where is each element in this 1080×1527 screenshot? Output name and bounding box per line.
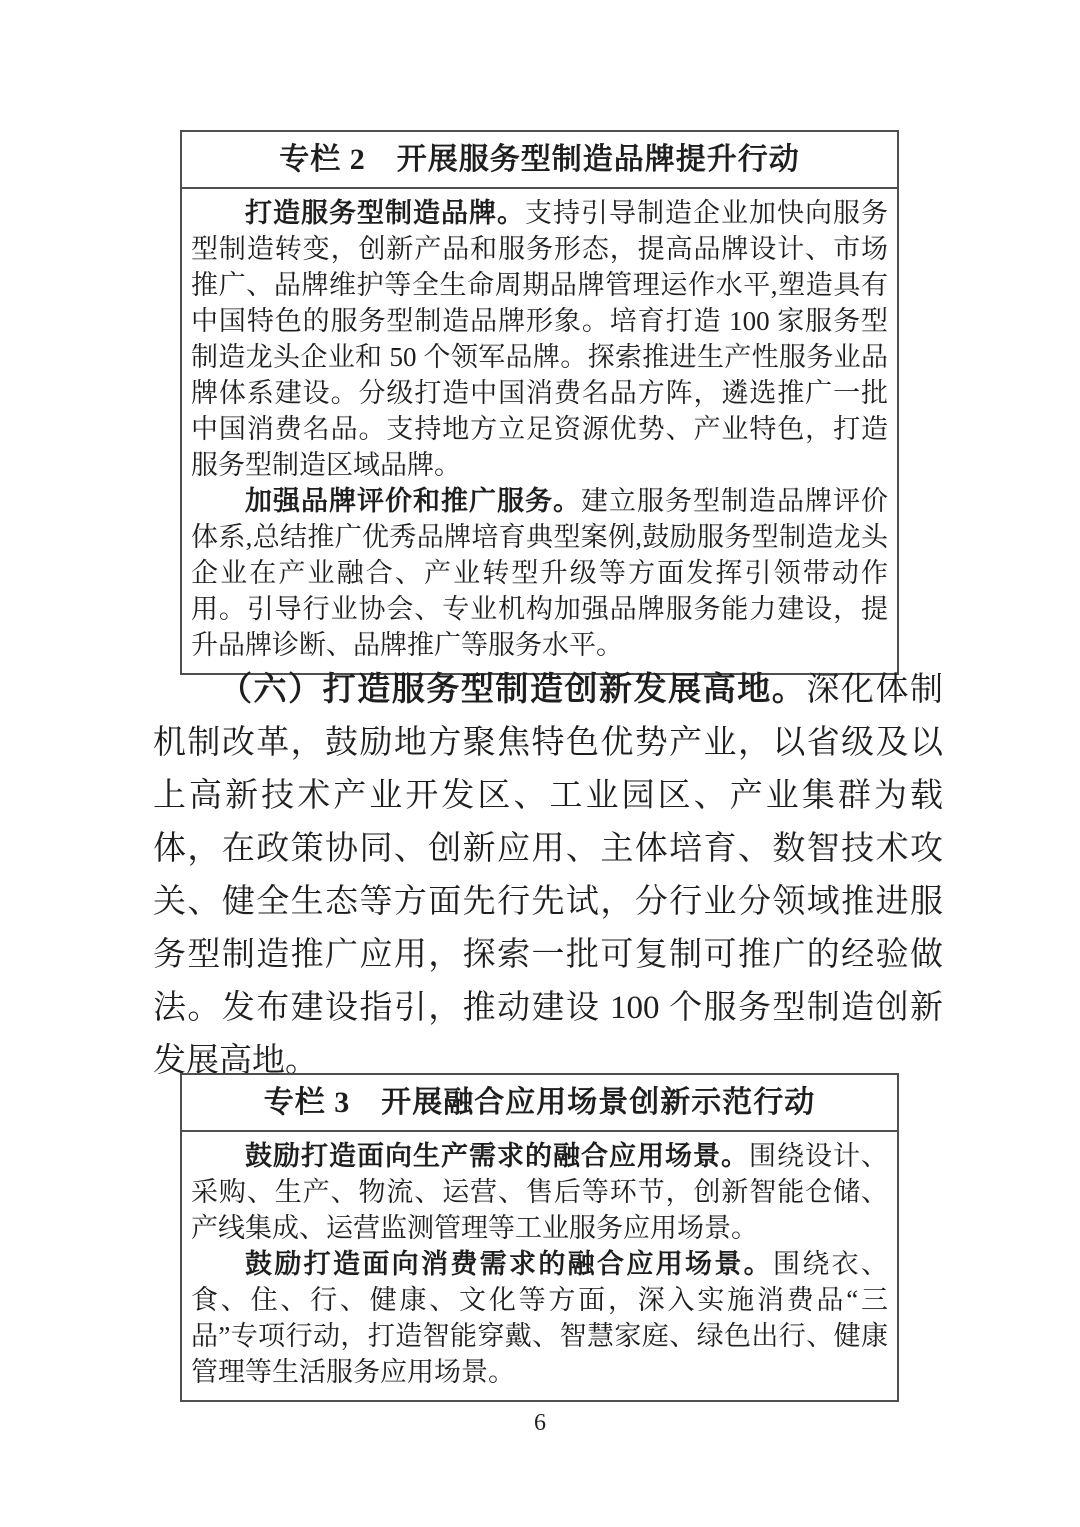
paragraph-lead: 加强品牌评价和推广服务。: [245, 486, 581, 516]
document-page: 专栏 2 开展服务型制造品牌提升行动 打造服务型制造品牌。支持引导制造企业加快向…: [0, 0, 1080, 1527]
box-3-paragraph-1: 鼓励打造面向生产需求的融合应用场景。围绕设计、采购、生产、物流、运营、售后等环节…: [191, 1138, 888, 1246]
section-six-paragraph: （六）打造服务型制造创新发展高地。深化体制机制改革，鼓励地方聚焦特色优势产业，以…: [153, 664, 943, 1088]
box-3-body: 鼓励打造面向生产需求的融合应用场景。围绕设计、采购、生产、物流、运营、售后等环节…: [182, 1132, 897, 1400]
box-2-paragraph-2: 加强品牌评价和推广服务。建立服务型制造品牌评价体系,总结推广优秀品牌培育典型案例…: [191, 483, 888, 663]
paragraph-lead: 鼓励打造面向生产需求的融合应用场景。: [245, 1141, 749, 1171]
special-column-box-3: 专栏 3 开展融合应用场景创新示范行动 鼓励打造面向生产需求的融合应用场景。围绕…: [180, 1073, 899, 1402]
special-column-box-2: 专栏 2 开展服务型制造品牌提升行动 打造服务型制造品牌。支持引导制造企业加快向…: [180, 130, 899, 675]
page-number: 6: [0, 1410, 1080, 1437]
paragraph-lead: 鼓励打造面向消费需求的融合应用场景。: [245, 1249, 773, 1279]
section-six-text: 深化体制机制改革，鼓励地方聚焦特色优势产业，以省级及以上高新技术产业开发区、工业…: [153, 672, 943, 1079]
box-3-title: 专栏 3 开展融合应用场景创新示范行动: [182, 1075, 897, 1132]
paragraph-text: 支持引导制造企业加快向服务型制造转变，创新产品和服务形态，提高品牌设计、市场推广…: [191, 198, 888, 480]
box-2-body: 打造服务型制造品牌。支持引导制造企业加快向服务型制造转变，创新产品和服务形态，提…: [182, 189, 897, 673]
section-six-heading: （六）打造服务型制造创新发展高地。: [219, 672, 806, 708]
box-2-paragraph-1: 打造服务型制造品牌。支持引导制造企业加快向服务型制造转变，创新产品和服务形态，提…: [191, 195, 888, 483]
paragraph-lead: 打造服务型制造品牌。: [245, 198, 525, 228]
box-3-paragraph-2: 鼓励打造面向消费需求的融合应用场景。围绕衣、食、住、行、健康、文化等方面，深入实…: [191, 1246, 888, 1390]
box-2-title: 专栏 2 开展服务型制造品牌提升行动: [182, 132, 897, 189]
